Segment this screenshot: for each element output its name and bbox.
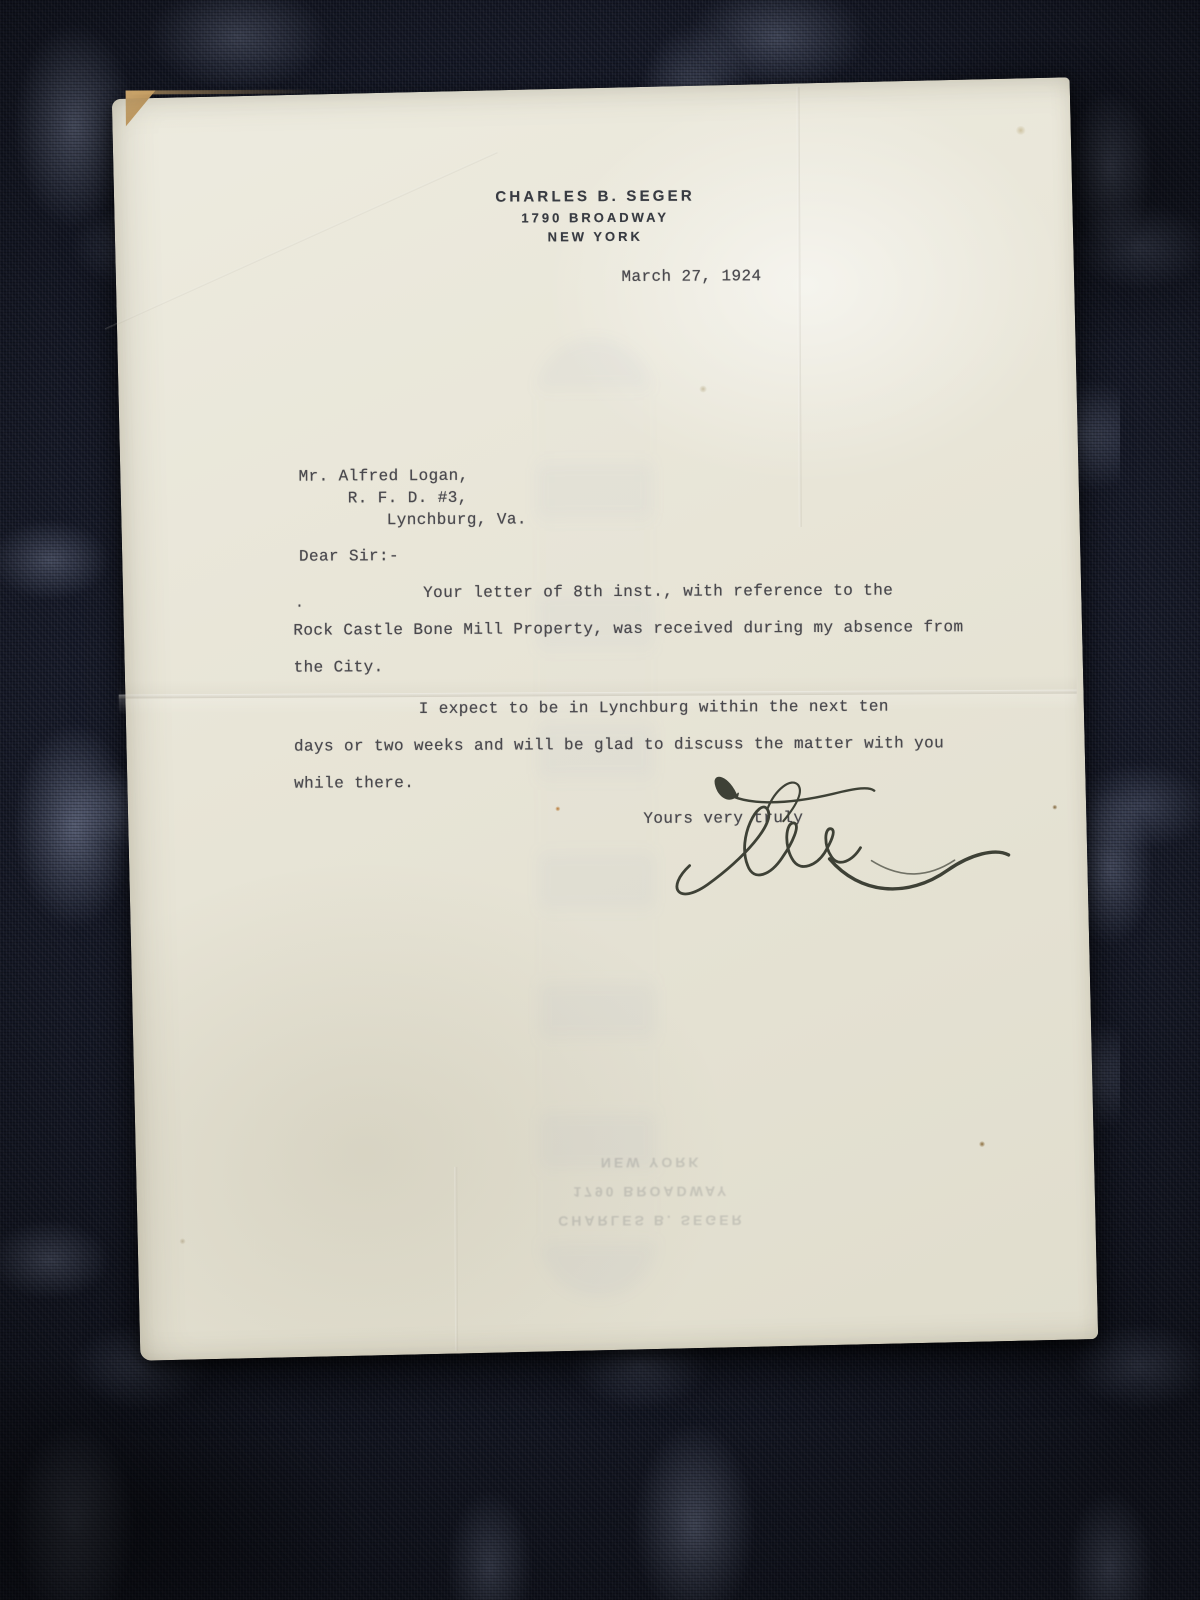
letter-sheet: CHARLES B. SEGER 1790 BROADWAY NEW YORK … [112,77,1098,1360]
body-line: Rock Castle Bone Mill Property, was rece… [293,618,963,640]
recipient-line-3: Lynchburg, Va. [387,510,527,529]
vertical-fold-crease-top [797,87,802,527]
photo-of-letter: CHARLES B. SEGER 1790 BROADWAY NEW YORK … [0,0,1200,1600]
recipient-line-1: Mr. Alfred Logan, [299,467,469,486]
ghost-letterhead-address: 1790 BROADWAY [451,1176,851,1207]
ghost-letterhead-offset: CHARLES B. SEGER 1790 BROADWAY NEW YORK [451,1147,851,1236]
body-line: the City. [294,658,384,676]
letterhead-city: NEW YORK [116,227,1074,247]
letter-content: CHARLES B. SEGER 1790 BROADWAY NEW YORK … [116,86,1081,1353]
tanned-top-edge [132,90,322,95]
date-line: March 27, 1924 [621,267,761,286]
recipient-line-2: R. F. D. #3, [348,489,468,508]
ghost-letterhead-name: CHARLES B. SEGER [451,1205,851,1236]
body-line: I expect to be in Lynchburg within the n… [419,698,889,718]
folded-corner [126,90,156,126]
ghost-letterhead-city: NEW YORK [451,1147,851,1178]
salutation: Dear Sir:- [299,547,399,566]
stain-spot [979,1141,985,1147]
stain-spot [180,1238,186,1244]
letterhead-name: CHARLES B. SEGER [116,186,1074,208]
stray-typed-mark: . [295,596,304,612]
stain-spot [555,806,560,811]
letterhead-address: 1790 BROADWAY [116,208,1074,228]
body-line: Your letter of 8th inst., with reference… [423,582,893,602]
body-line: while there. [294,774,414,793]
stain-spot [1052,805,1057,810]
stain-spot [699,386,707,393]
signature-handwriting [571,752,1042,914]
stain-spot [1016,126,1026,135]
